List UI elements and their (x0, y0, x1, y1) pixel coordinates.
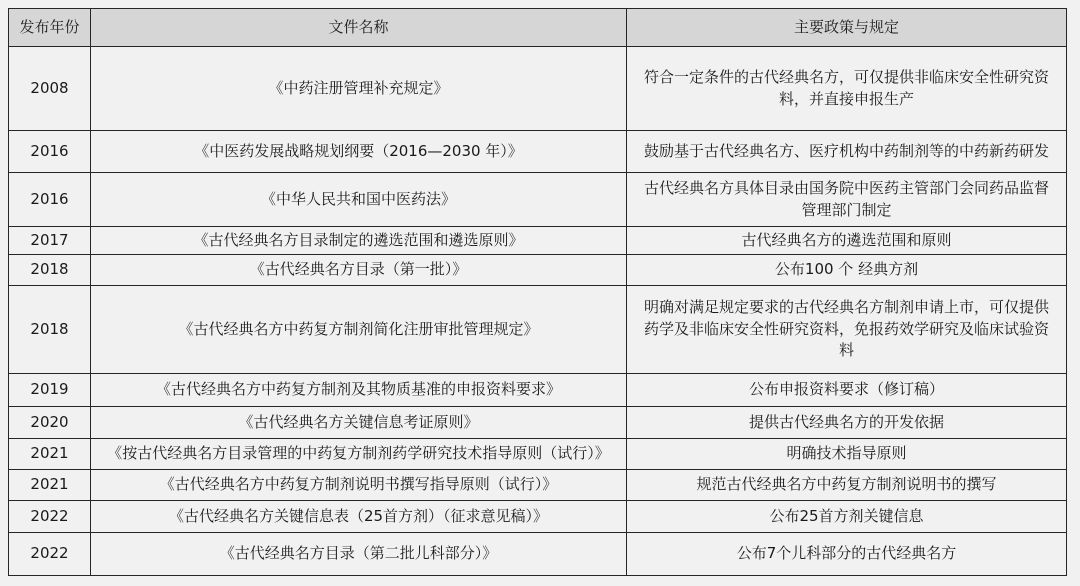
policy-cell: 古代经典名方的遴选范围和原则 (627, 227, 1067, 255)
table-row: 2022 《古代经典名方目录（第二批儿科部分）》 公布7个儿科部分的古代经典名方 (9, 533, 1067, 576)
table-row: 2021 《古代经典名方中药复方制剂说明书撰写指导原则（试行）》 规范古代经典名… (9, 470, 1067, 501)
document-name-cell: 《古代经典名方目录（第二批儿科部分）》 (91, 533, 627, 576)
year-cell: 2019 (9, 374, 91, 407)
year-cell: 2022 (9, 533, 91, 576)
table-row: 2016 《中华人民共和国中医药法》 古代经典名方具体目录由国务院中医药主管部门… (9, 173, 1067, 227)
year-cell: 2022 (9, 501, 91, 533)
table-row: 2019 《古代经典名方中药复方制剂及其物质基准的申报资料要求》 公布申报资料要… (9, 374, 1067, 407)
document-name-cell: 《古代经典名方关键信息表（25首方剂）（征求意见稿）》 (91, 501, 627, 533)
table-row: 2016 《中医药发展战略规划纲要（2016—2030 年）》 鼓励基于古代经典… (9, 131, 1067, 173)
document-name-cell: 《中药注册管理补充规定》 (91, 47, 627, 131)
year-cell: 2020 (9, 407, 91, 439)
document-name-cell: 《中华人民共和国中医药法》 (91, 173, 627, 227)
policy-cell: 公布25首方剂关键信息 (627, 501, 1067, 533)
policy-regulation-table: 发布年份 文件名称 主要政策与规定 2008 《中药注册管理补充规定》 符合一定… (8, 8, 1067, 576)
header-cell-policy: 主要政策与规定 (627, 9, 1067, 47)
policy-cell: 规范古代经典名方中药复方制剂说明书的撰写 (627, 470, 1067, 501)
document-name-cell: 《古代经典名方目录（第一批）》 (91, 255, 627, 286)
policy-cell: 公布100 个 经典方剂 (627, 255, 1067, 286)
policy-cell: 明确对满足规定要求的古代经典名方制剂申请上市，可仅提供药学及非临床安全性研究资料… (627, 286, 1067, 374)
year-cell: 2016 (9, 131, 91, 173)
table-row: 2022 《古代经典名方关键信息表（25首方剂）（征求意见稿）》 公布25首方剂… (9, 501, 1067, 533)
document-name-cell: 《古代经典名方中药复方制剂及其物质基准的申报资料要求》 (91, 374, 627, 407)
policy-cell: 明确技术指导原则 (627, 439, 1067, 470)
document-name-cell: 《古代经典名方中药复方制剂说明书撰写指导原则（试行）》 (91, 470, 627, 501)
year-cell: 2008 (9, 47, 91, 131)
table-row: 2017 《古代经典名方目录制定的遴选范围和遴选原则》 古代经典名方的遴选范围和… (9, 227, 1067, 255)
header-row: 发布年份 文件名称 主要政策与规定 (9, 9, 1067, 47)
policy-cell: 公布7个儿科部分的古代经典名方 (627, 533, 1067, 576)
table-row: 2008 《中药注册管理补充规定》 符合一定条件的古代经典名方，可仅提供非临床安… (9, 47, 1067, 131)
year-cell: 2021 (9, 439, 91, 470)
year-cell: 2021 (9, 470, 91, 501)
document-name-cell: 《中医药发展战略规划纲要（2016—2030 年）》 (91, 131, 627, 173)
table-row: 2021 《按古代经典名方目录管理的中药复方制剂药学研究技术指导原则（试行）》 … (9, 439, 1067, 470)
document-name-cell: 《古代经典名方关键信息考证原则》 (91, 407, 627, 439)
policy-cell: 提供古代经典名方的开发依据 (627, 407, 1067, 439)
year-cell: 2018 (9, 255, 91, 286)
table-row: 2018 《古代经典名方中药复方制剂简化注册审批管理规定》 明确对满足规定要求的… (9, 286, 1067, 374)
header-cell-document-name: 文件名称 (91, 9, 627, 47)
year-cell: 2017 (9, 227, 91, 255)
table-header: 发布年份 文件名称 主要政策与规定 (9, 9, 1067, 47)
table-body: 2008 《中药注册管理补充规定》 符合一定条件的古代经典名方，可仅提供非临床安… (9, 47, 1067, 576)
policy-cell: 鼓励基于古代经典名方、医疗机构中药制剂等的中药新药研发 (627, 131, 1067, 173)
document-name-cell: 《古代经典名方目录制定的遴选范围和遴选原则》 (91, 227, 627, 255)
document-name-cell: 《古代经典名方中药复方制剂简化注册审批管理规定》 (91, 286, 627, 374)
policy-cell: 公布申报资料要求（修订稿） (627, 374, 1067, 407)
document-name-cell: 《按古代经典名方目录管理的中药复方制剂药学研究技术指导原则（试行）》 (91, 439, 627, 470)
header-cell-year: 发布年份 (9, 9, 91, 47)
year-cell: 2016 (9, 173, 91, 227)
year-cell: 2018 (9, 286, 91, 374)
table-row: 2018 《古代经典名方目录（第一批）》 公布100 个 经典方剂 (9, 255, 1067, 286)
table-row: 2020 《古代经典名方关键信息考证原则》 提供古代经典名方的开发依据 (9, 407, 1067, 439)
policy-cell: 古代经典名方具体目录由国务院中医药主管部门会同药品监督管理部门制定 (627, 173, 1067, 227)
policy-cell: 符合一定条件的古代经典名方，可仅提供非临床安全性研究资料，并直接申报生产 (627, 47, 1067, 131)
